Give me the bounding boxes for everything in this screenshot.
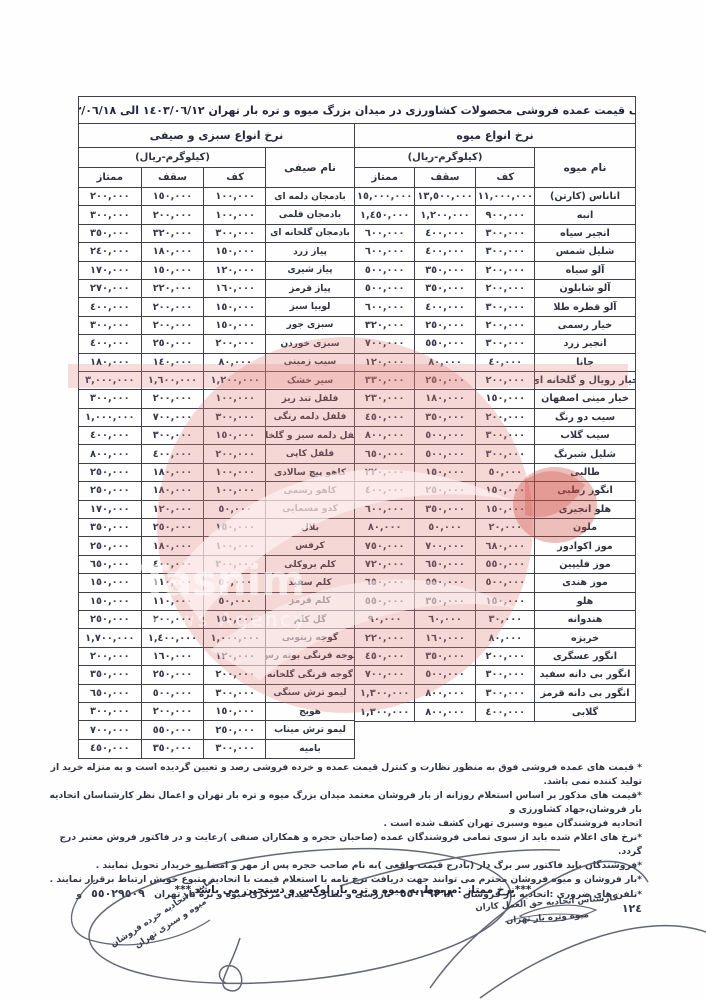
table-row: سیب دو رنگ ٢٠٠,٠٠٠ ٣٥٠,٠٠٠ ٤٥٠,٠٠٠ <box>355 409 635 427</box>
fruit-name-cell: آلو قطره طلا <box>535 298 635 315</box>
footnote-line: * قیمت های عمده فروشی فوق به منظور نظارت… <box>48 761 642 789</box>
table-row: موز اکوادور ٦٨٠,٠٠٠ ٧٠٠,٠٠٠ ٧٥٠,٠٠٠ <box>355 537 635 555</box>
saqf-price-cell: ١٥٠,٠٠٠ <box>141 262 204 279</box>
table-row: کلم سفید ٥٠,٠٠٠ ١١٠,٠٠٠ ١٥٠,٠٠٠ <box>79 574 354 592</box>
kaf-price-cell: ٩٠٠,٠٠٠ <box>475 206 535 223</box>
momtaz-price-cell: ٢٢٠,٠٠٠ <box>355 464 414 481</box>
momtaz-price-cell: ٢٠٠,٠٠٠ <box>79 188 141 205</box>
saqf-price-cell: ٢٠٠,٠٠٠ <box>141 611 204 628</box>
saqf-price-cell: ٤٠٠,٠٠٠ <box>414 243 474 260</box>
saqf-price-cell: ٤٠٠,٠٠٠ <box>414 298 474 315</box>
fruit-name-cell: موز هندی <box>535 574 635 591</box>
momtaz-price-cell: ٣٥٠,٠٠٠ <box>79 225 141 242</box>
saqf-price-cell: ١٨٠,٠٠٠ <box>141 243 204 260</box>
table-row: گلابی ٤٠٠,٠٠٠ ٨٠٠,٠٠٠ ١,٣٠٠,٠٠٠ <box>355 703 635 721</box>
momtaz-price-cell: ١٢٠,٠٠٠ <box>355 354 414 371</box>
fruit-price-columns-header: (کیلوگرم-ریال) کف سقف ممتاز <box>355 148 535 187</box>
table-row: انگور عسگری ٢٠٠,٠٠٠ ٣٥٠,٠٠٠ ٤٥٠,٠٠٠ <box>355 648 635 666</box>
saqf-price-cell: ١٨٠,٠٠٠ <box>141 482 204 499</box>
momtaz-price-cell: ٣٣٠,٠٠٠ <box>355 372 414 389</box>
momtaz-price-cell: ٢٥٠,٠٠٠ <box>79 464 141 481</box>
veg-name-cell: پیاز زرد <box>266 243 354 260</box>
fruit-name-cell: انگور عسگری <box>535 648 635 665</box>
momtaz-price-cell: ٦٠٠,٠٠٠ <box>355 501 414 518</box>
veg-name-cell: بلال <box>266 519 354 536</box>
kaf-price-cell: ١٥٠,٠٠٠ <box>203 611 266 628</box>
kaf-price-cell: ٣٠٠,٠٠٠ <box>475 666 535 683</box>
momtaz-price-cell: ١,٧٠٠,٠٠٠ <box>79 629 141 646</box>
saqf-price-cell: ٣٥٠,٠٠٠ <box>414 648 474 665</box>
momtaz-price-cell: ٦٠٠,٠٠٠ <box>355 225 414 242</box>
veg-name-cell: فلفل دلمه رنگی <box>266 409 354 426</box>
kaf-price-cell: ١٥٠,٠٠٠ <box>203 243 266 260</box>
fruit-section-title: نرخ انواع میوه <box>355 124 635 148</box>
fruit-name-cell: سیب دو رنگ <box>535 409 635 426</box>
fruit-name-cell: خیار مینی اصفهان <box>535 390 635 407</box>
kaf-price-cell: ١٠٠,٠٠٠ <box>203 537 266 554</box>
kaf-price-cell: ٨٠,٠٠٠ <box>475 629 535 646</box>
momtaz-price-cell: ٣٠٠,٠٠٠ <box>79 206 141 223</box>
veg-price-columns-header: (کیلوگرم-ریال) کف سقف ممتاز <box>79 148 266 187</box>
veg-name-cell: پیاز شیری <box>266 262 354 279</box>
veg-rows: بادمجان دلمه ای ١٠٠,٠٠٠ ١٥٠,٠٠٠ ٢٠٠,٠٠٠ … <box>79 188 354 758</box>
veg-name-cell: لیمو ترش سنگی <box>266 685 354 702</box>
kaf-price-cell: ١٠٠,٠٠٠ <box>203 390 266 407</box>
saqf-price-cell: ١٨٠,٠٠٠ <box>141 464 204 481</box>
momtaz-price-cell: ٧٠٠,٠٠٠ <box>355 666 414 683</box>
kaf-price-cell: ١٥٠,٠٠٠ <box>203 519 266 536</box>
momtaz-price-cell: ٤٠٠,٠٠٠ <box>79 298 141 315</box>
table-row: فلفل دلمه سبز و گلخانه ١٥٠,٠٠٠ ٣٠٠,٠٠٠ ٤… <box>79 427 354 445</box>
veg-name-cell: فلفل دلمه سبز و گلخانه <box>266 427 354 444</box>
momtaz-price-cell: ٩٠,٠٠٠ <box>355 611 414 628</box>
saqf-price-cell: ٢٥٠,٠٠٠ <box>414 482 474 499</box>
table-row: انگور رطبی ١٥٠,٠٠٠ ٢٥٠,٠٠٠ ٤٠٠,٠٠٠ <box>355 482 635 500</box>
table-row: خربزه ٨٠,٠٠٠ ١٦٠,٠٠٠ ٢٢٠,٠٠٠ <box>355 629 635 647</box>
saqf-price-cell: ٢٥٠,٠٠٠ <box>141 666 204 683</box>
saqf-price-cell: ٨٠,٠٠٠ <box>414 354 474 371</box>
saqf-price-cell: ٢٠٠,٠٠٠ <box>141 317 204 334</box>
saqf-price-cell: ١,٢٠٠,٠٠٠ <box>414 206 474 223</box>
saqf-price-cell: ٢٥٠,٠٠٠ <box>414 372 474 389</box>
fruit-name-cell: انگور بی دانه سفید <box>535 666 635 683</box>
kaf-price-cell: ٣٠٠,٠٠٠ <box>475 243 535 260</box>
fruit-name-cell: سیب گلاب <box>535 427 635 444</box>
table-row: فلفل تند ریز ١٠٠,٠٠٠ ٢٠٠,٠٠٠ ٣٠٠,٠٠٠ <box>79 390 354 408</box>
fruit-name-column-header: نام میوه <box>535 148 635 187</box>
saqf-price-cell: ١٢٠,٠٠٠ <box>141 501 204 518</box>
veg-name-cell: فلفل کاپی <box>266 445 354 462</box>
fruit-name-cell: موز فلیپین <box>535 556 635 573</box>
momtaz-price-cell: ١٥,٠٠٠,٠٠٠ <box>355 188 414 205</box>
table-row: هلو ١٥٠,٠٠٠ ٣٥٠,٠٠٠ ٥٥٠,٠٠٠ <box>355 593 635 611</box>
momtaz-price-cell: ١٧٠,٠٠٠ <box>79 501 141 518</box>
table-row: موز هندی ٥٠٠,٠٠٠ ٥٥٠,٠٠٠ ٦٥٠,٠٠٠ <box>355 574 635 592</box>
fruit-unit-label: (کیلوگرم-ریال) <box>355 148 535 168</box>
saqf-price-cell: ٥٠٠,٠٠٠ <box>141 685 204 702</box>
momtaz-price-cell: ٦٥٠,٠٠٠ <box>79 556 141 573</box>
fruit-name-cell: انبه <box>535 206 635 223</box>
table-row: بادمجان دلمه ای ١٠٠,٠٠٠ ١٥٠,٠٠٠ ٢٠٠,٠٠٠ <box>79 188 354 206</box>
saqf-price-cell: ٤٠٠,٠٠٠ <box>141 445 204 462</box>
table-row: موز فلیپین ٥٥٠,٠٠٠ ٦٥٠,٠٠٠ ٧٢٠,٠٠٠ <box>355 556 635 574</box>
saqf-price-cell: ٧٠٠,٠٠٠ <box>141 409 204 426</box>
veg-name-cell: بامیه <box>266 740 354 758</box>
kaf-price-cell: ٣٠٠,٠٠٠ <box>203 225 266 242</box>
veg-name-cell: گوجه فرنگی گلخانه <box>266 666 354 683</box>
momtaz-price-cell: ٤٠٠,٠٠٠ <box>79 335 141 352</box>
fruit-name-cell: جانا <box>535 354 635 371</box>
kaf-price-cell: ٢٠٠,٠٠٠ <box>475 372 535 389</box>
kaf-price-cell: ١٠٠,٠٠٠ <box>203 206 266 223</box>
momtaz-price-cell: ٤٥٠,٠٠٠ <box>355 648 414 665</box>
fruit-name-cell: خیار رسمی <box>535 317 635 334</box>
price-table: کشف قیمت عمده فروشی محصولات کشاورزی در م… <box>78 96 636 759</box>
table-row: سیر خشک ١,٢٠٠,٠٠٠ ١,٦٠٠,٠٠٠ ٣,٠٠٠,٠٠٠ <box>79 372 354 390</box>
saqf-price-cell: ٥٥٠,٠٠٠ <box>414 574 474 591</box>
momtaz-price-cell: ٨٠٠,٠٠٠ <box>79 445 141 462</box>
saqf-price-cell: ١٦٠,٠٠٠ <box>414 629 474 646</box>
saqf-price-cell: ٥٠٠,٠٠٠ <box>414 666 474 683</box>
kaf-price-cell: ٣٠٠,٠٠٠ <box>475 298 535 315</box>
footnote-line: *قیمت های مذکور بر اساس استعلام روزانه ا… <box>48 789 642 817</box>
momtaz-price-cell: ٧٠٠,٠٠٠ <box>79 721 141 738</box>
fruit-table-header: نام میوه (کیلوگرم-ریال) کف سقف ممتاز <box>355 148 635 188</box>
table-row: بادمجان گلخانه ای ٣٠٠,٠٠٠ ٣٢٠,٠٠٠ ٣٥٠,٠٠… <box>79 225 354 243</box>
veg-name-cell: گل کلم <box>266 611 354 628</box>
veg-unit-label: (کیلوگرم-ریال) <box>79 148 266 168</box>
veg-name-cell: سبزی خوردن <box>266 335 354 352</box>
veg-section-title: نرخ انواع سبزی و صیفی <box>79 124 354 148</box>
kaf-price-cell: ٣٠٠,٠٠٠ <box>475 445 535 462</box>
table-halves: نرخ انواع میوه نام میوه (کیلوگرم-ریال) ک… <box>78 123 636 759</box>
table-row: هویج ١٥٠,٠٠٠ ٢٠٠,٠٠٠ ٣٠٠,٠٠٠ <box>79 703 354 721</box>
momtaz-price-cell: ٥٠٠,٠٠٠ <box>355 262 414 279</box>
table-row: بامیه ٣٠٠,٠٠٠ ٣٥٠,٠٠٠ ٤٥٠,٠٠٠ <box>79 740 354 758</box>
kaf-price-cell: ٣٠,٠٠٠ <box>475 611 535 628</box>
veg-col-saqf: سقف <box>141 168 204 187</box>
fruit-name-cell: شلیل شبرنگ <box>535 445 635 462</box>
momtaz-price-cell: ٨٠٠,٠٠٠ <box>355 427 414 444</box>
kaf-price-cell: ٢٠٠,٠٠٠ <box>475 409 535 426</box>
momtaz-price-cell: ٨٠,٠٠٠ <box>355 519 414 536</box>
saqf-price-cell: ٣٥٠,٠٠٠ <box>414 409 474 426</box>
fruit-name-cell: هندوانه <box>535 611 635 628</box>
fruit-name-cell: شلیل شمس <box>535 243 635 260</box>
fruit-name-cell: انگور بی دانه قرمز <box>535 685 635 702</box>
kaf-price-cell: ١٥٠,٠٠٠ <box>475 501 535 518</box>
table-row: آلو سیاه ٢٠٠,٠٠٠ ٣٥٠,٠٠٠ ٥٠٠,٠٠٠ <box>355 262 635 280</box>
kaf-price-cell: ١٥٠,٠٠٠ <box>203 298 266 315</box>
momtaz-price-cell: ٧٥٠,٠٠٠ <box>355 537 414 554</box>
kaf-price-cell: ١٥٠,٠٠٠ <box>475 482 535 499</box>
kaf-price-cell: ٣٠٠,٠٠٠ <box>203 685 266 702</box>
table-row: خیار رویال و گلخانه ای ٢٠٠,٠٠٠ ٢٥٠,٠٠٠ ٣… <box>355 372 635 390</box>
table-row: پیاز قرمز ١٦٠,٠٠٠ ٢٢٠,٠٠٠ ٢٧٠,٠٠٠ <box>79 280 354 298</box>
table-row: انجیر زرد ٣٠٠,٠٠٠ ٥٥٠,٠٠٠ ٧٠٠,٠٠٠ <box>355 335 635 353</box>
kaf-price-cell: ١١,٠٠٠,٠٠٠ <box>475 188 535 205</box>
kaf-price-cell: ٣٠٠,٠٠٠ <box>203 409 266 426</box>
table-row: گوجه فرنگی گلخانه ٢٠٠,٠٠٠ ٢٥٠,٠٠٠ ٣٥٠,٠٠… <box>79 666 354 684</box>
veg-name-cell: بادمجان قلمی <box>266 206 354 223</box>
saqf-price-cell: ٤٠٠,٠٠٠ <box>141 556 204 573</box>
table-row: گوجه فرنگی بوته رس ١٢٠,٠٠٠ ١٦٠,٠٠٠ ٢٠٠,٠… <box>79 648 354 666</box>
veg-name-cell: لوبیا سبز <box>266 298 354 315</box>
momtaz-price-cell: ٢٠٠,٠٠٠ <box>79 648 141 665</box>
veg-name-cell: گوجه زیتونی <box>266 629 354 646</box>
kaf-price-cell: ١٥٠,٠٠٠ <box>475 390 535 407</box>
table-row: گوجه زیتونی ١,٠٠٠,٠٠٠ ١,٤٠٠,٠٠٠ ١,٧٠٠,٠٠… <box>79 629 354 647</box>
saqf-price-cell: ٥٥٠,٠٠٠ <box>414 335 474 352</box>
kaf-price-cell: ١٠٠,٠٠٠ <box>203 482 266 499</box>
table-row: انجیر سیاه ٣٠٠,٠٠٠ ٤٠٠,٠٠٠ ٦٠٠,٠٠٠ <box>355 225 635 243</box>
veg-name-cell: لیمو ترش میناب <box>266 721 354 738</box>
veg-table-header: نام صیفی (کیلوگرم-ریال) کف سقف ممتاز <box>79 148 354 188</box>
veg-name-cell: کدو مسمایی <box>266 501 354 518</box>
table-row: هلو انجیری ١٥٠,٠٠٠ ٣٥٠,٠٠٠ ٦٠٠,٠٠٠ <box>355 501 635 519</box>
veg-name-cell: سیر خشک <box>266 372 354 389</box>
saqf-price-cell: ١,٤٠٠,٠٠٠ <box>141 629 204 646</box>
document-page: کشف قیمت عمده فروشی محصولات کشاورزی در م… <box>0 0 706 1000</box>
saqf-price-cell: ٢٢٠,٠٠٠ <box>141 280 204 297</box>
kaf-price-cell: ٢٠٠,٠٠٠ <box>475 280 535 297</box>
kaf-price-cell: ٥٠,٠٠٠ <box>475 464 535 481</box>
table-row: کرفس ١٠٠,٠٠٠ ١٨٠,٠٠٠ ٢٥٠,٠٠٠ <box>79 537 354 555</box>
fruit-name-cell: هلو انجیری <box>535 501 635 518</box>
momtaz-price-cell: ١,٣٠٠,٠٠٠ <box>355 703 414 721</box>
saqf-price-cell: ٤٠٠,٠٠٠ <box>414 225 474 242</box>
momtaz-price-cell: ٢٢٠,٠٠٠ <box>355 629 414 646</box>
veg-name-cell: کلم قرمز <box>266 593 354 610</box>
fruit-name-cell: ملون <box>535 519 635 536</box>
table-row: فلفل دلمه رنگی ٣٠٠,٠٠٠ ٧٠٠,٠٠٠ ١,٠٠٠,٠٠٠ <box>79 409 354 427</box>
saqf-price-cell: ٥٠,٠٠٠ <box>414 519 474 536</box>
momtaz-price-cell: ٥٠٠,٠٠٠ <box>355 280 414 297</box>
kaf-price-cell: ١٠٠,٠٠٠ <box>203 188 266 205</box>
saqf-price-cell: ١٣,٥٠٠,٠٠٠ <box>414 188 474 205</box>
saqf-price-cell: ٥٥٠,٠٠٠ <box>141 721 204 738</box>
momtaz-price-cell: ٣٢٠,٠٠٠ <box>355 317 414 334</box>
table-row: انگور بی دانه سفید ٣٠٠,٠٠٠ ٥٠٠,٠٠٠ ٧٠٠,٠… <box>355 666 635 684</box>
kaf-price-cell: ١,٢٠٠,٠٠٠ <box>203 372 266 389</box>
table-row: بلال ١٥٠,٠٠٠ ٢٥٠,٠٠٠ ٣٥٠,٠٠٠ <box>79 519 354 537</box>
momtaz-price-cell: ٣٠٠,٠٠٠ <box>79 317 141 334</box>
kaf-price-cell: ١,٠٠٠,٠٠٠ <box>203 629 266 646</box>
momtaz-price-cell: ١٧٠,٠٠٠ <box>79 262 141 279</box>
table-row: بادمجان قلمی ١٠٠,٠٠٠ ٢٠٠,٠٠٠ ٣٠٠,٠٠٠ <box>79 206 354 224</box>
table-row: پیاز شیری ١٢٠,٠٠٠ ١٥٠,٠٠٠ ١٧٠,٠٠٠ <box>79 262 354 280</box>
kaf-price-cell: ٢٠٠,٠٠٠ <box>475 648 535 665</box>
table-row: کاهو رسمی ١٠٠,٠٠٠ ١٨٠,٠٠٠ ٢٥٠,٠٠٠ <box>79 482 354 500</box>
momtaz-price-cell: ٧٠٠,٠٠٠ <box>355 335 414 352</box>
fruit-col-saqf: سقف <box>414 168 474 187</box>
saqf-price-cell: ٢٥٠,٠٠٠ <box>141 335 204 352</box>
kaf-price-cell: ٣٠٠,٠٠٠ <box>475 225 535 242</box>
kaf-price-cell: ١٢٠,٠٠٠ <box>203 648 266 665</box>
table-row: هندوانه ٣٠,٠٠٠ ٦٠,٠٠٠ ٩٠,٠٠٠ <box>355 611 635 629</box>
veg-col-kaf: کف <box>203 168 266 187</box>
saqf-price-cell: ١٨٠,٠٠٠ <box>414 390 474 407</box>
momtaz-price-cell: ٧٢٠,٠٠٠ <box>355 556 414 573</box>
veg-col-momtaz: ممتاز <box>79 168 141 187</box>
table-row: ملون ٢٠,٠٠٠ ٥٠,٠٠٠ ٨٠,٠٠٠ <box>355 519 635 537</box>
saqf-price-cell: ٣٥٠,٠٠٠ <box>414 262 474 279</box>
kaf-price-cell: ٥٠,٠٠٠ <box>203 574 266 591</box>
table-row: فلفل کاپی ٢٠٠,٠٠٠ ٤٠٠,٠٠٠ ٨٠٠,٠٠٠ <box>79 445 354 463</box>
saqf-price-cell: ٥٠٠,٠٠٠ <box>414 427 474 444</box>
kaf-price-cell: ٢٠٠,٠٠٠ <box>203 556 266 573</box>
momtaz-price-cell: ١,٣٠٠,٠٠٠ <box>355 685 414 702</box>
saqf-price-cell: ٦٥٠,٠٠٠ <box>414 556 474 573</box>
saqf-price-cell: ٢٠٠,٠٠٠ <box>141 298 204 315</box>
momtaz-price-cell: ٦٥٠,٠٠٠ <box>79 685 141 702</box>
veg-name-cell: سبزی جور <box>266 317 354 334</box>
fruit-column-labels: کف سقف ممتاز <box>355 168 535 187</box>
kaf-price-cell: ٣٠٠,٠٠٠ <box>203 740 266 758</box>
table-row: سیب زمینی ٨٠,٠٠٠ ١٤٠,٠٠٠ ١٨٠,٠٠٠ <box>79 354 354 372</box>
saqf-price-cell: ٣٥٠,٠٠٠ <box>414 280 474 297</box>
saqf-price-cell: ١,٦٠٠,٠٠٠ <box>141 372 204 389</box>
momtaz-price-cell: ٤٥٠,٠٠٠ <box>355 409 414 426</box>
fruit-name-cell: موز اکوادور <box>535 537 635 554</box>
saqf-price-cell: ٨٠٠,٠٠٠ <box>414 703 474 721</box>
saqf-price-cell: ٣٥٠,٠٠٠ <box>414 501 474 518</box>
kaf-price-cell: ٥٠,٠٠٠ <box>203 593 266 610</box>
veg-name-cell: هویج <box>266 703 354 720</box>
momtaz-price-cell: ١,٠٠٠,٠٠٠ <box>79 409 141 426</box>
kaf-price-cell: ٢٠٠,٠٠٠ <box>203 335 266 352</box>
fruit-name-cell: آلو شابلون <box>535 280 635 297</box>
saqf-price-cell: ١٥٠,٠٠٠ <box>414 464 474 481</box>
kaf-price-cell: ٥٥٠,٠٠٠ <box>475 556 535 573</box>
table-row: طالبی ٥٠,٠٠٠ ١٥٠,٠٠٠ ٢٢٠,٠٠٠ <box>355 464 635 482</box>
momtaz-price-cell: ١,٤٥٠,٠٠٠ <box>355 206 414 223</box>
kaf-price-cell: ٤٠,٠٠٠ <box>475 354 535 371</box>
kaf-price-cell: ١٦٠,٠٠٠ <box>203 280 266 297</box>
table-row: آلو شابلون ٢٠٠,٠٠٠ ٣٥٠,٠٠٠ ٥٠٠,٠٠٠ <box>355 280 635 298</box>
fruit-name-cell: خربزه <box>535 629 635 646</box>
table-row: سیب گلاب ٣٠٠,٠٠٠ ٥٠٠,٠٠٠ ٨٠٠,٠٠٠ <box>355 427 635 445</box>
table-row: سبزی جور ١٥٠,٠٠٠ ٢٠٠,٠٠٠ ٣٠٠,٠٠٠ <box>79 317 354 335</box>
momtaz-price-cell: ٢٥٠,٠٠٠ <box>79 611 141 628</box>
veg-name-cell: بادمجان گلخانه ای <box>266 225 354 242</box>
veg-name-cell: کلم سفید <box>266 574 354 591</box>
saqf-price-cell: ٣٥٠,٠٠٠ <box>141 740 204 758</box>
fruit-name-cell: انجیر زرد <box>535 335 635 352</box>
saqf-price-cell: ١١٠,٠٠٠ <box>141 593 204 610</box>
table-row: لیمو ترش میناب ٢٥٠,٠٠٠ ٥٥٠,٠٠٠ ٧٠٠,٠٠٠ <box>79 721 354 739</box>
table-row: گل کلم ١٥٠,٠٠٠ ٢٠٠,٠٠٠ ٢٥٠,٠٠٠ <box>79 611 354 629</box>
kaf-price-cell: ١٥٠,٠٠٠ <box>203 703 266 720</box>
veg-name-column-header: نام صیفی <box>266 148 354 187</box>
kaf-price-cell: ٣٠٠,٠٠٠ <box>475 427 535 444</box>
saqf-price-cell: ٢٠٠,٠٠٠ <box>141 390 204 407</box>
kaf-price-cell: ١٠٠,٠٠٠ <box>203 464 266 481</box>
kaf-price-cell: ٤٠٠,٠٠٠ <box>475 703 535 721</box>
momtaz-price-cell: ٤٠٠,٠٠٠ <box>79 427 141 444</box>
table-row: پیاز زرد ١٥٠,٠٠٠ ١٨٠,٠٠٠ ٢٤٠,٠٠٠ <box>79 243 354 261</box>
table-row: جانا ٤٠,٠٠٠ ٨٠,٠٠٠ ١٢٠,٠٠٠ <box>355 354 635 372</box>
fruit-name-cell: خیار رویال و گلخانه ای <box>535 372 635 389</box>
momtaz-price-cell: ١٥٠,٠٠٠ <box>79 574 141 591</box>
fruit-name-cell: انجیر سیاه <box>535 225 635 242</box>
fruit-col-kaf: کف <box>475 168 535 187</box>
table-row: لیمو ترش سنگی ٣٠٠,٠٠٠ ٥٠٠,٠٠٠ ٦٥٠,٠٠٠ <box>79 685 354 703</box>
veg-name-cell: پیاز قرمز <box>266 280 354 297</box>
table-row: کدو مسمایی ٥٠,٠٠٠ ١٢٠,٠٠٠ ١٧٠,٠٠٠ <box>79 501 354 519</box>
table-row: کاهو پیچ سالادی ١٠٠,٠٠٠ ١٨٠,٠٠٠ ٢٥٠,٠٠٠ <box>79 464 354 482</box>
kaf-price-cell: ٢٠٠,٠٠٠ <box>203 445 266 462</box>
kaf-price-cell: ٢٠٠,٠٠٠ <box>203 666 266 683</box>
momtaz-price-cell: ٢٥٠,٠٠٠ <box>79 482 141 499</box>
table-row: انبه ٩٠٠,٠٠٠ ١,٢٠٠,٠٠٠ ١,٤٥٠,٠٠٠ <box>355 206 635 224</box>
momtaz-price-cell: ٤٥٠,٠٠٠ <box>79 740 141 758</box>
momtaz-price-cell: ٥٥٠,٠٠٠ <box>355 593 414 610</box>
saqf-price-cell: ٥٠٠,٠٠٠ <box>414 445 474 462</box>
kaf-price-cell: ٨٠,٠٠٠ <box>203 354 266 371</box>
momtaz-price-cell: ١٨٠,٠٠٠ <box>79 354 141 371</box>
saqf-price-cell: ٢٥٠,٠٠٠ <box>141 519 204 536</box>
momtaz-price-cell: ٤٠٠,٠٠٠ <box>355 482 414 499</box>
saqf-price-cell: ١٨٠,٠٠٠ <box>141 537 204 554</box>
table-row: آلو قطره طلا ٣٠٠,٠٠٠ ٤٠٠,٠٠٠ ٦٠٠,٠٠٠ <box>355 298 635 316</box>
saqf-price-cell: ١٦٠,٠٠٠ <box>141 648 204 665</box>
table-row: لوبیا سبز ١٥٠,٠٠٠ ٢٠٠,٠٠٠ ٤٠٠,٠٠٠ <box>79 298 354 316</box>
momtaz-price-cell: ٦٠٠,٠٠٠ <box>355 298 414 315</box>
kaf-price-cell: ٥٠,٠٠٠ <box>203 501 266 518</box>
vegetable-price-table: نرخ انواع سبزی و صیفی نام صیفی (کیلوگرم-… <box>78 123 355 759</box>
veg-name-cell: فلفل تند ریز <box>266 390 354 407</box>
table-row: سبزی خوردن ٢٠٠,٠٠٠ ٢٥٠,٠٠٠ ٤٠٠,٠٠٠ <box>79 335 354 353</box>
footnote-line: اتحادیه فروشندگان میوه وسبزی تهران کشف ش… <box>48 817 642 831</box>
table-row: کلم قرمز ٥٠,٠٠٠ ١١٠,٠٠٠ ١٥٠,٠٠٠ <box>79 593 354 611</box>
saqf-price-cell: ١٤٠,٠٠٠ <box>141 354 204 371</box>
saqf-price-cell: ١١٠,٠٠٠ <box>141 574 204 591</box>
table-row: کلم بروکلی ٢٠٠,٠٠٠ ٤٠٠,٠٠٠ ٦٥٠,٠٠٠ <box>79 556 354 574</box>
kaf-price-cell: ٢٠٠,٠٠٠ <box>475 262 535 279</box>
kaf-price-cell: ٣٠٠,٠٠٠ <box>475 685 535 702</box>
saqf-price-cell: ١٥٠,٠٠٠ <box>141 188 204 205</box>
saqf-price-cell: ٣٥٠,٠٠٠ <box>414 593 474 610</box>
veg-name-cell: کاهو رسمی <box>266 482 354 499</box>
veg-column-labels: کف سقف ممتاز <box>79 168 266 187</box>
saqf-price-cell: ٧٠٠,٠٠٠ <box>414 537 474 554</box>
momtaz-price-cell: ٣,٠٠٠,٠٠٠ <box>79 372 141 389</box>
momtaz-price-cell: ٢٤٠,٠٠٠ <box>79 243 141 260</box>
fruit-price-table: نرخ انواع میوه نام میوه (کیلوگرم-ریال) ک… <box>355 123 636 722</box>
momtaz-price-cell: ١٥٠,٠٠٠ <box>79 593 141 610</box>
table-row: شلیل شبرنگ ٣٠٠,٠٠٠ ٥٠٠,٠٠٠ ٦٥٠,٠٠٠ <box>355 445 635 463</box>
veg-name-cell: گوجه فرنگی بوته رس <box>266 648 354 665</box>
veg-name-cell: بادمجان دلمه ای <box>266 188 354 205</box>
kaf-price-cell: ١٢٠,٠٠٠ <box>203 262 266 279</box>
momtaz-price-cell: ٣٥٠,٠٠٠ <box>79 666 141 683</box>
saqf-price-cell: ٢٠٠,٠٠٠ <box>141 206 204 223</box>
saqf-price-cell: ٢٥٠,٠٠٠ <box>414 317 474 334</box>
momtaz-price-cell: ٣٥٠,٠٠٠ <box>79 519 141 536</box>
momtaz-price-cell: ٣٠٠,٠٠٠ <box>79 390 141 407</box>
veg-name-cell: سیب زمینی <box>266 354 354 371</box>
kaf-price-cell: ١٥٠,٠٠٠ <box>203 317 266 334</box>
saqf-price-cell: ٣٢٠,٠٠٠ <box>141 225 204 242</box>
table-row: خیار مینی اصفهان ١٥٠,٠٠٠ ١٨٠,٠٠٠ ٢٣٠,٠٠٠ <box>355 390 635 408</box>
kaf-price-cell: ١٥٠,٠٠٠ <box>203 427 266 444</box>
fruit-name-cell: طالبی <box>535 464 635 481</box>
fruit-col-momtaz: ممتاز <box>355 168 414 187</box>
fruit-name-cell: انگور رطبی <box>535 482 635 499</box>
saqf-price-cell: ٣٠٠,٠٠٠ <box>141 427 204 444</box>
document-title: کشف قیمت عمده فروشی محصولات کشاورزی در م… <box>78 96 636 123</box>
